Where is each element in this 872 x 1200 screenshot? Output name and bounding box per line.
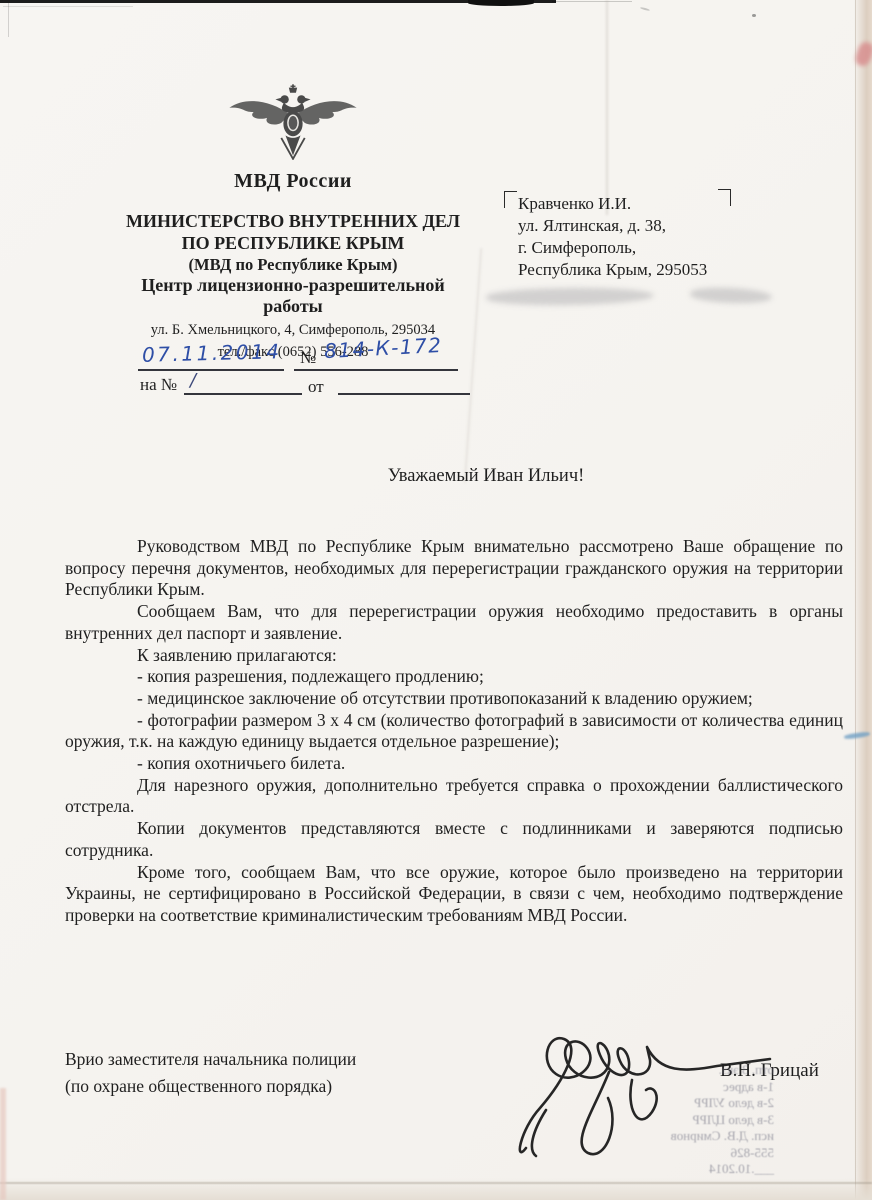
body-paragraph: Для нарезного оружия, дополнительно треб… [65,775,843,818]
scan-artifact-fold-line [0,1182,872,1184]
address-corner-mark-left [504,191,517,208]
reply-to-label: на № [140,375,177,395]
form-underline [184,393,302,395]
body-paragraph: - медицинское заключение об отсутствии п… [65,688,843,710]
org-name-line: МИНИСТЕРСТВО ВНУТРЕННИХ ДЕЛ [70,210,516,232]
signer-position-block: Врио заместителя начальника полиции(по о… [65,1046,356,1100]
scan-artifact-corner-line [3,6,133,7]
erased-smudge [690,287,772,305]
bleedthrough-line: ___.10.2014 [596,1161,774,1178]
org-address: ул. Б. Хмельницкого, 4, Симферополь, 295… [70,321,516,339]
body-paragraph: - фотографии размером 3 х 4 см (количест… [65,710,843,753]
org-phone: тел./факс (0652) 556-288 [70,343,516,361]
org-name-line: ПО РЕСПУБЛИКЕ КРЫМ [70,232,516,254]
recipient-line: Кравченко И.И. [518,193,733,215]
scanned-letter-page: МВД России МИНИСТЕРСТВО ВНУТРЕННИХ ДЕЛПО… [0,0,872,1200]
body-paragraph: - копия разрешения, подлежащего продлени… [65,666,843,688]
recipient-line: г. Симферополь, [518,237,733,259]
reply-slash-handwritten: / [190,370,196,391]
recipient-line: ул. Ялтинская, д. 38, [518,215,733,237]
body-paragraph: К заявлению прилагаются: [65,645,843,667]
form-underline [138,369,284,371]
bleedthrough-line: 1-в адрес [596,1079,774,1096]
scan-speck [640,7,650,12]
outgoing-date-handwritten: 07.11.2014 [142,339,282,367]
from-label: от [308,377,324,397]
signer-position-line: Врио заместителя начальника полиции [65,1046,356,1073]
paper-crease [606,0,608,215]
org-name-short: МВД России [70,170,516,193]
scan-artifact-right-edge-line [855,0,856,1200]
recipient-address-block: Кравченко И.И.ул. Ялтинская, д. 38,г. Си… [518,193,733,281]
bleedthrough-line: 3-в дело ЦЛРР [596,1112,774,1129]
mvd-emblem-eagle-icon [226,84,360,160]
org-name-line: (МВД по Республике Крым) [70,254,516,275]
number-sign-label: № [300,348,316,368]
salutation-line: Уважаемый Иван Ильич! [300,466,672,487]
scan-artifact-corner-line [8,3,9,37]
form-underline [294,369,458,371]
body-paragraph: Сообщаем Вам, что для перерегистрации ор… [65,601,843,644]
bleedthrough-line: 2-в дело УЛРР [596,1095,774,1112]
bleedthrough-line: исп. Д.В. Смирнов [596,1128,774,1145]
form-underline [338,393,470,395]
scan-artifact-top-fade [552,1,632,2]
body-paragraph: Руководством МВД по Республике Крым вним… [65,536,843,601]
signer-position-line: (по охране общественного порядка) [65,1073,356,1100]
bleedthrough-text-block: отп. 3 экз.1-в адрес2-в дело УЛРР3-в дел… [596,1062,774,1178]
scan-artifact-left-edge [0,1088,6,1200]
letterhead-block: МВД России МИНИСТЕРСТВО ВНУТРЕННИХ ДЕЛПО… [70,84,516,361]
org-name-line: Центр лицензионно-разрешительной [70,275,516,296]
scan-artifact-top-blob [468,0,534,6]
body-paragraph: Кроме того, сообщаем Вам, что все оружие… [65,862,843,927]
body-paragraph: - копия охотничьего билета. [65,753,843,775]
bleedthrough-line: 555-826 [596,1145,774,1162]
letter-body: Руководством МВД по Республике Крым вним… [65,536,843,927]
bleedthrough-line: отп. 3 экз. [596,1062,774,1079]
recipient-line: Республика Крым, 295053 [518,259,733,281]
body-paragraph: Копии документов представляются вместе с… [65,818,843,861]
org-name-line: работы [70,296,516,317]
org-name-block: МИНИСТЕРСТВО ВНУТРЕННИХ ДЕЛПО РЕСПУБЛИКЕ… [70,210,516,317]
scan-artifact-right-shadow [854,0,872,1200]
scan-speck [752,14,756,17]
